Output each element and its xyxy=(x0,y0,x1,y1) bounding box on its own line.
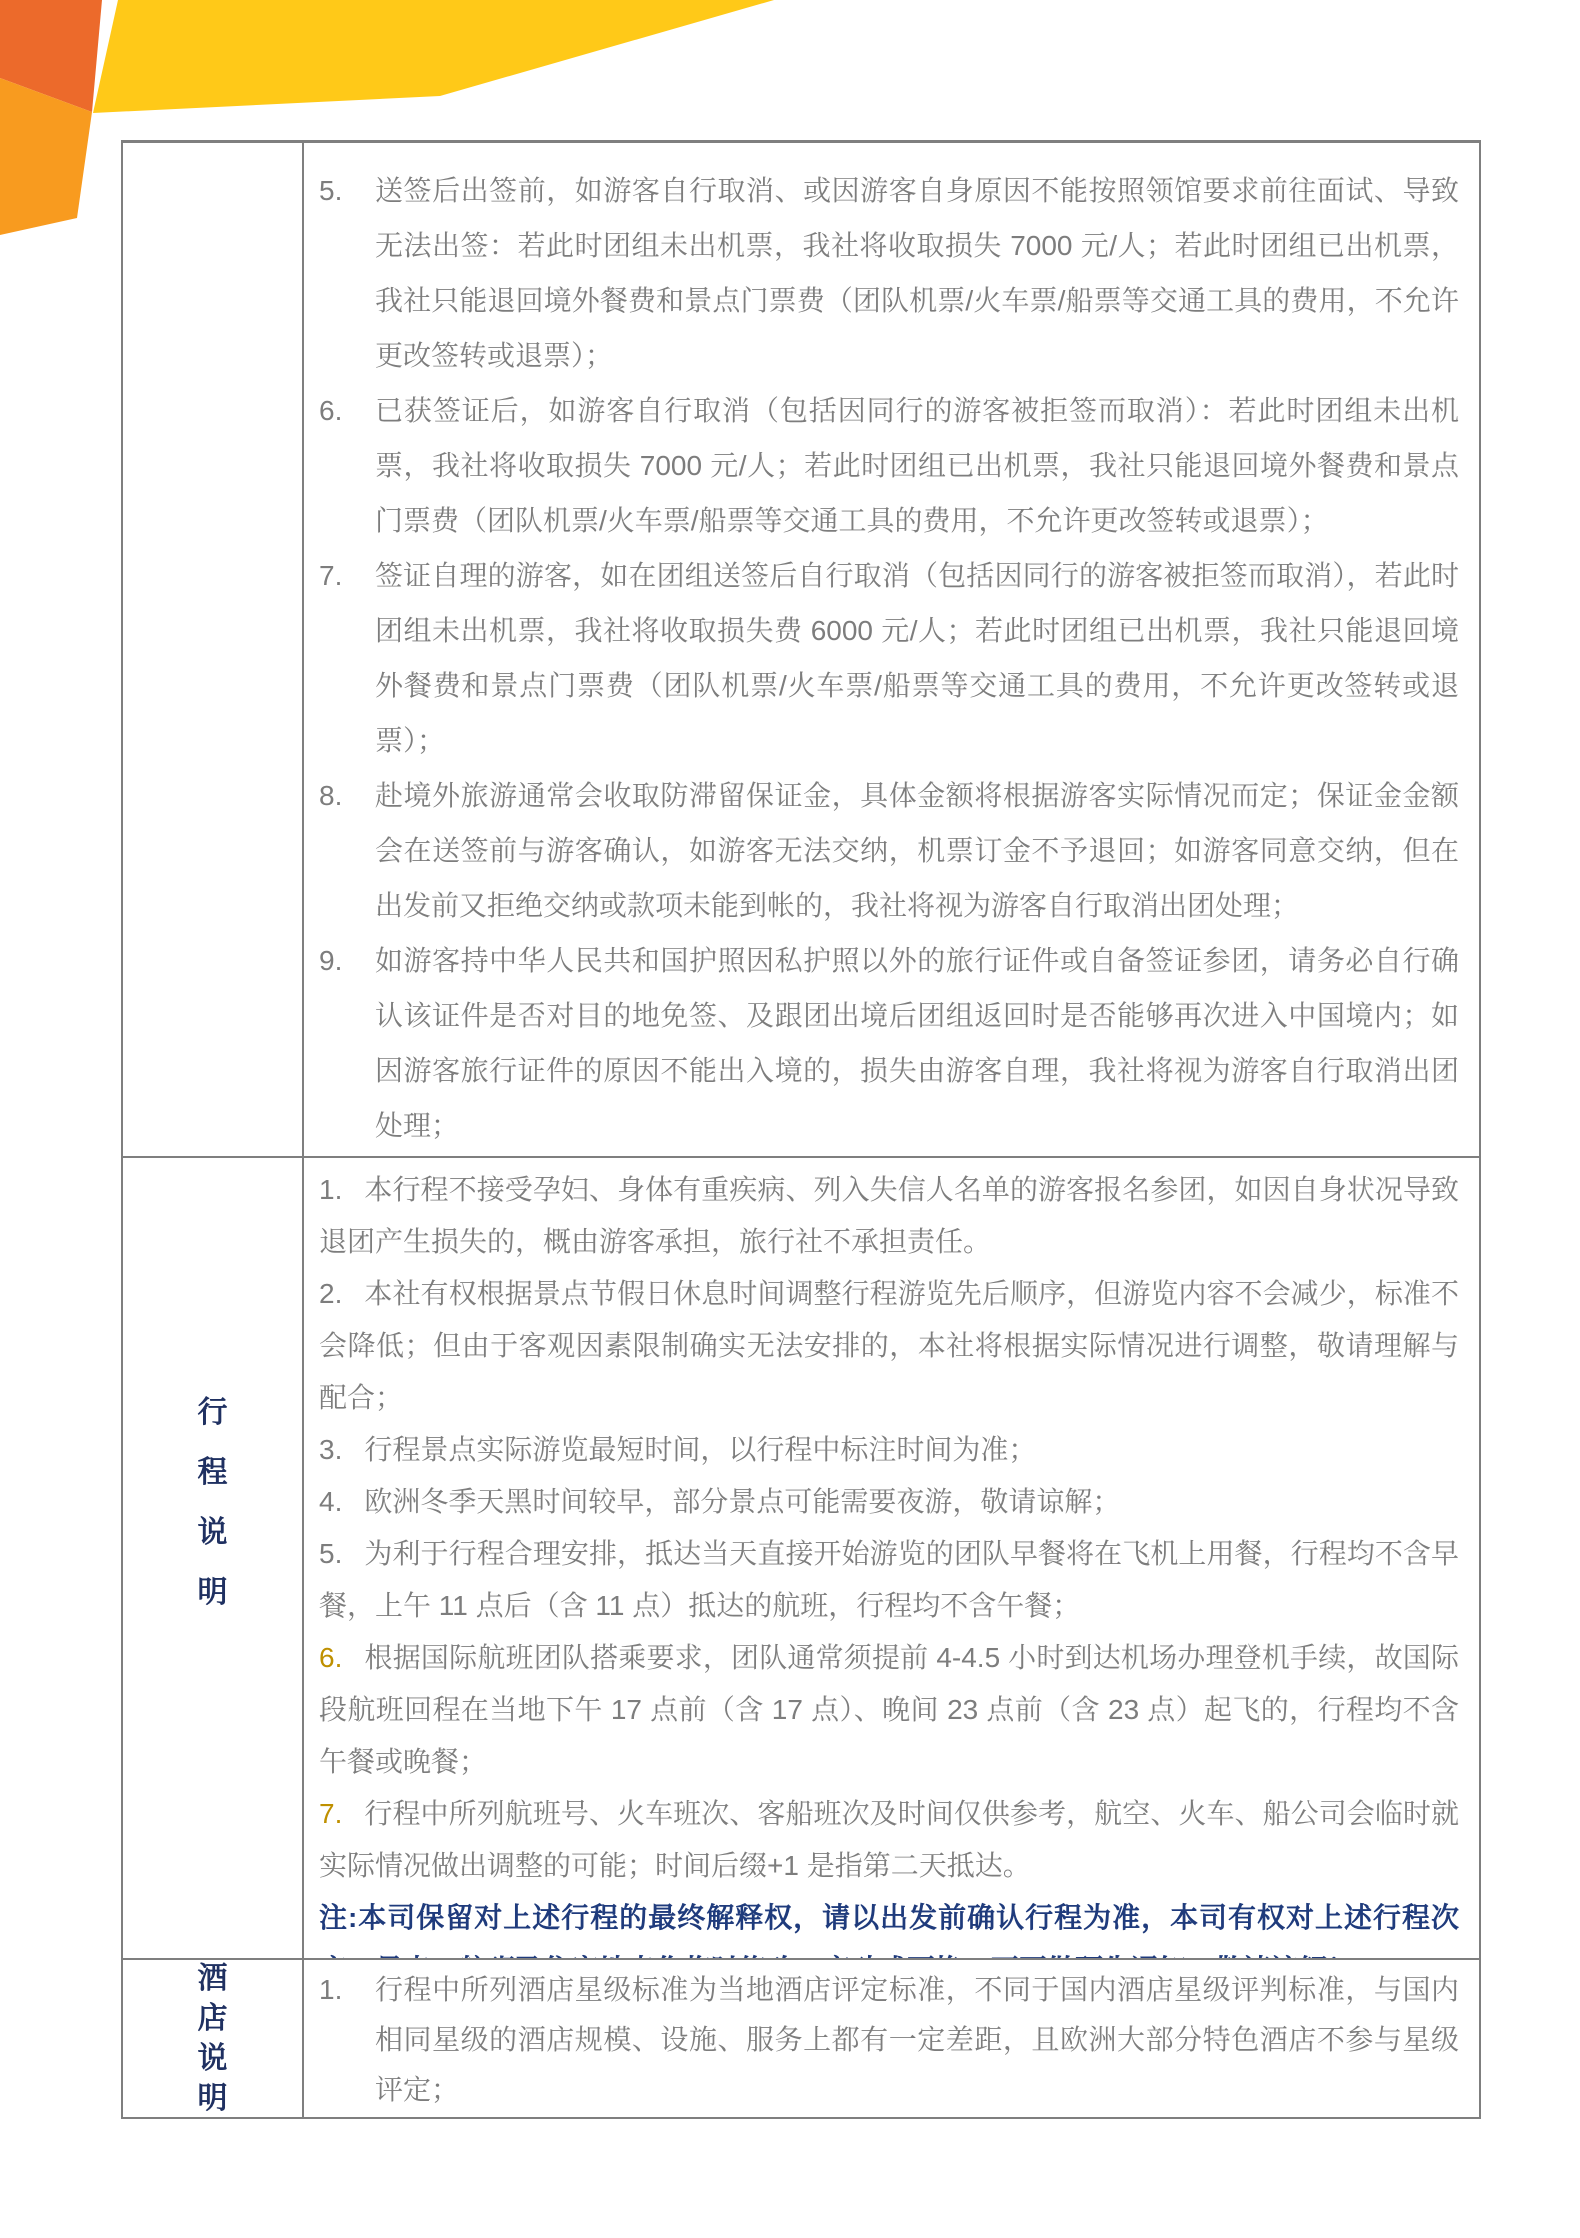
list-item: 1. 行程中所列酒店星级标准为当地酒店评定标准，不同于国内酒店星级评判标准，与国… xyxy=(319,1965,1459,2115)
itinerary-notes-content: 1.本行程不接受孕妇、身体有重疾病、列入失信人名单的游客报名参团，如因自身状况导… xyxy=(304,1158,1479,1958)
cancellation-terms-content: 5. 送签后出签前，如游客自行取消、或因游客自身原因不能按照领馆要求前往面试、导… xyxy=(304,143,1479,1156)
item-number: 7. xyxy=(319,548,375,768)
item-number-gold: 6. xyxy=(319,1642,342,1673)
item-text: 为利于行程合理安排，抵达当天直接开始游览的团队早餐将在飞机上用餐，行程均不含早餐… xyxy=(319,1538,1459,1621)
list-item: 5.为利于行程合理安排，抵达当天直接开始游览的团队早餐将在飞机上用餐，行程均不含… xyxy=(319,1528,1459,1632)
terms-table: 5. 送签后出签前，如游客自行取消、或因游客自身原因不能按照领馆要求前往面试、导… xyxy=(121,140,1481,2119)
item-number: 10. xyxy=(319,1153,375,1156)
table-row-cancellation-terms: 5. 送签后出签前，如游客自行取消、或因游客自身原因不能按照领馆要求前往面试、导… xyxy=(123,143,1479,1158)
row-label-cell-itinerary: 行程说明 xyxy=(123,1158,304,1958)
item-text: 签证自理的游客，如在团组送签后自行取消（包括因同行的游客被拒签而取消），若此时团… xyxy=(375,548,1459,768)
item-number: 6. xyxy=(319,383,375,548)
item-text: 本社有权根据景点节假日休息时间调整行程游览先后顺序，但游览内容不会减少，标准不会… xyxy=(319,1278,1459,1413)
table-row-hotel-notes: 酒店说明 1. 行程中所列酒店星级标准为当地酒店评定标准，不同于国内酒店星级评判… xyxy=(123,1960,1479,2117)
amber-triangle xyxy=(0,78,92,235)
list-item: 7.行程中所列航班号、火车班次、客船班次及时间仅供参考，航空、火车、船公司会临时… xyxy=(319,1788,1459,1892)
dark-orange-triangle xyxy=(0,0,102,112)
row-label: 酒店说明 xyxy=(196,1960,229,2117)
list-item: 8. 赴境外旅游通常会收取防滞留保证金，具体金额将根据游客实际情况而定；保证金金… xyxy=(319,768,1459,933)
item-number: 9. xyxy=(319,933,375,1153)
item-number: 2. xyxy=(319,1278,342,1309)
list-item: 6.根据国际航班团队搭乘要求，团队通常须提前 4-4.5 小时到达机场办理登机手… xyxy=(319,1632,1459,1788)
item-text: 行程景点实际游览最短时间，以行程中标注时间为准； xyxy=(364,1434,1036,1465)
document-page: 5. 送签后出签前，如游客自行取消、或因游客自身原因不能按照领馆要求前往面试、导… xyxy=(0,0,1580,2238)
list-item: 6. 已获签证后，如游客自行取消（包括因同行的游客被拒签而取消）：若此时团组未出… xyxy=(319,383,1459,548)
item-text: 送签后出签前，如游客自行取消、或因游客自身原因不能按照领馆要求前往面试、导致无法… xyxy=(375,163,1459,383)
list-item: 1.本行程不接受孕妇、身体有重疾病、列入失信人名单的游客报名参团，如因自身状况导… xyxy=(319,1164,1459,1268)
list-item: 5. 送签后出签前，如游客自行取消、或因游客自身原因不能按照领馆要求前往面试、导… xyxy=(319,163,1459,383)
row-label-cell-hotel: 酒店说明 xyxy=(123,1960,304,2117)
list-item: 2. 如正值旅游旺季或欧洲各地展会举行期间，部分酒店会距离市区较远或调整至就近夜… xyxy=(319,2115,1459,2117)
item-number-gold: 7. xyxy=(319,1798,342,1829)
item-text: 欧洲冬季天黑时间较早，部分景点可能需要夜游，敬请谅解； xyxy=(364,1486,1120,1517)
list-item: 7. 签证自理的游客，如在团组送签后自行取消（包括因同行的游客被拒签而取消），若… xyxy=(319,548,1459,768)
item-text: 如游客持中华人民共和国护照因私护照无效或有效期不足 6 个月等原因造成无法出行的… xyxy=(375,1153,1459,1156)
item-number: 1. xyxy=(319,1965,375,2115)
item-text: 如游客持中华人民共和国护照因私护照以外的旅行证件或自备签证参团，请务必自行确认该… xyxy=(375,933,1459,1153)
yellow-triangle xyxy=(93,0,774,113)
hotel-notes-content: 1. 行程中所列酒店星级标准为当地酒店评定标准，不同于国内酒店星级评判标准，与国… xyxy=(304,1960,1479,2117)
item-number: 1. xyxy=(319,1174,342,1205)
item-text: 本行程不接受孕妇、身体有重疾病、列入失信人名单的游客报名参团，如因自身状况导致退… xyxy=(319,1174,1459,1257)
row-label: 行程说明 xyxy=(196,1383,229,1623)
item-text: 赴境外旅游通常会收取防滞留保证金，具体金额将根据游客实际情况而定；保证金金额会在… xyxy=(375,768,1459,933)
item-text: 行程中所列酒店星级标准为当地酒店评定标准，不同于国内酒店星级评判标准，与国内相同… xyxy=(375,1965,1459,2115)
list-item: 9. 如游客持中华人民共和国护照因私护照以外的旅行证件或自备签证参团，请务必自行… xyxy=(319,933,1459,1153)
list-item: 3.行程景点实际游览最短时间，以行程中标注时间为准； xyxy=(319,1424,1459,1476)
item-number: 3. xyxy=(319,1434,342,1465)
item-number: 5. xyxy=(319,163,375,383)
itinerary-disclaimer-note: 注:本司保留对上述行程的最终解释权，请以出发前确认行程为准，本司有权对上述行程次… xyxy=(319,1892,1459,1958)
item-number: 8. xyxy=(319,768,375,933)
item-number: 5. xyxy=(319,1538,342,1569)
row-label-cell-empty xyxy=(123,143,304,1156)
list-item: 10. 如游客持中华人民共和国护照因私护照无效或有效期不足 6 个月等原因造成无… xyxy=(319,1153,1459,1156)
table-row-itinerary-notes: 行程说明 1.本行程不接受孕妇、身体有重疾病、列入失信人名单的游客报名参团，如因… xyxy=(123,1158,1479,1960)
item-text: 已获签证后，如游客自行取消（包括因同行的游客被拒签而取消）：若此时团组未出机票，… xyxy=(375,383,1459,548)
list-item: 2.本社有权根据景点节假日休息时间调整行程游览先后顺序，但游览内容不会减少，标准… xyxy=(319,1268,1459,1424)
item-number: 2. xyxy=(319,2115,375,2117)
item-text: 根据国际航班团队搭乘要求，团队通常须提前 4-4.5 小时到达机场办理登机手续，… xyxy=(319,1642,1459,1777)
item-text: 行程中所列航班号、火车班次、客船班次及时间仅供参考，航空、火车、船公司会临时就实… xyxy=(319,1798,1459,1881)
item-number: 4. xyxy=(319,1486,342,1517)
item-text: 如正值旅游旺季或欧洲各地展会举行期间，部分酒店会距离市区较远或调整至就近夜宿地， xyxy=(375,2115,1459,2117)
list-item: 4.欧洲冬季天黑时间较早，部分景点可能需要夜游，敬请谅解； xyxy=(319,1476,1459,1528)
